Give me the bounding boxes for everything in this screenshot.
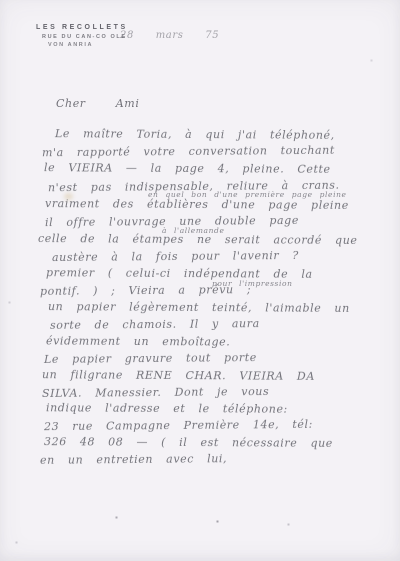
handwritten-line: 326 48 08 — ( il est nécessaire que bbox=[44, 435, 333, 450]
handwritten-line: le VIEIRA — la page 4, pleine. Cette bbox=[44, 161, 331, 176]
handwritten-line: en un entretien avec lui, bbox=[40, 452, 227, 467]
handwritten-line: Le maître Toria, à qui j'ai téléphoné, bbox=[55, 127, 335, 142]
handwritten-line: sorte de chamois. Il y aura bbox=[50, 317, 260, 332]
handwritten-date: 28 mars 75 bbox=[120, 30, 219, 41]
paper-specks bbox=[0, 0, 1, 1]
handwritten-line: m'a rapporté votre conversation touchant bbox=[42, 144, 335, 160]
handwritten-line: 23 rue Campagne Première 14e, tél: bbox=[44, 418, 313, 433]
paper-stain bbox=[64, 193, 73, 200]
letterhead-line-2: RUE DU CAN-CO OLE bbox=[42, 34, 127, 40]
interlinear-note: pour l'impression bbox=[212, 279, 293, 288]
letterhead-line-1: LES RECOLLETS bbox=[36, 24, 128, 31]
interlinear-note: à l'allemande bbox=[162, 226, 224, 235]
scanned-letter-page: LES RECOLLETS RUE DU CAN-CO OLE VON ANRI… bbox=[0, 0, 400, 561]
handwritten-line: évidemment un emboîtage. bbox=[46, 334, 230, 348]
handwritten-line: vraiment des établières d'une page plein… bbox=[45, 197, 349, 212]
handwritten-line: un filigrane RENE CHAR. VIEIRA DA bbox=[42, 368, 315, 383]
interlinear-note: en quel bon d'une première page pleine bbox=[148, 190, 347, 199]
handwritten-line: austère à la fois pour l'avenir ? bbox=[52, 249, 299, 264]
handwritten-line: un papier légèrement teinté, l'aimable u… bbox=[48, 300, 350, 315]
handwritten-line: SILVA. Manessier. Dont je vous bbox=[42, 385, 269, 400]
handwritten-line: indique l'adresse et le téléphone: bbox=[46, 401, 288, 415]
salutation: Cher Ami bbox=[56, 97, 139, 110]
letterhead-line-3: VON ANRIA bbox=[48, 42, 93, 48]
handwritten-line: Le papier gravure tout porte bbox=[44, 351, 257, 366]
